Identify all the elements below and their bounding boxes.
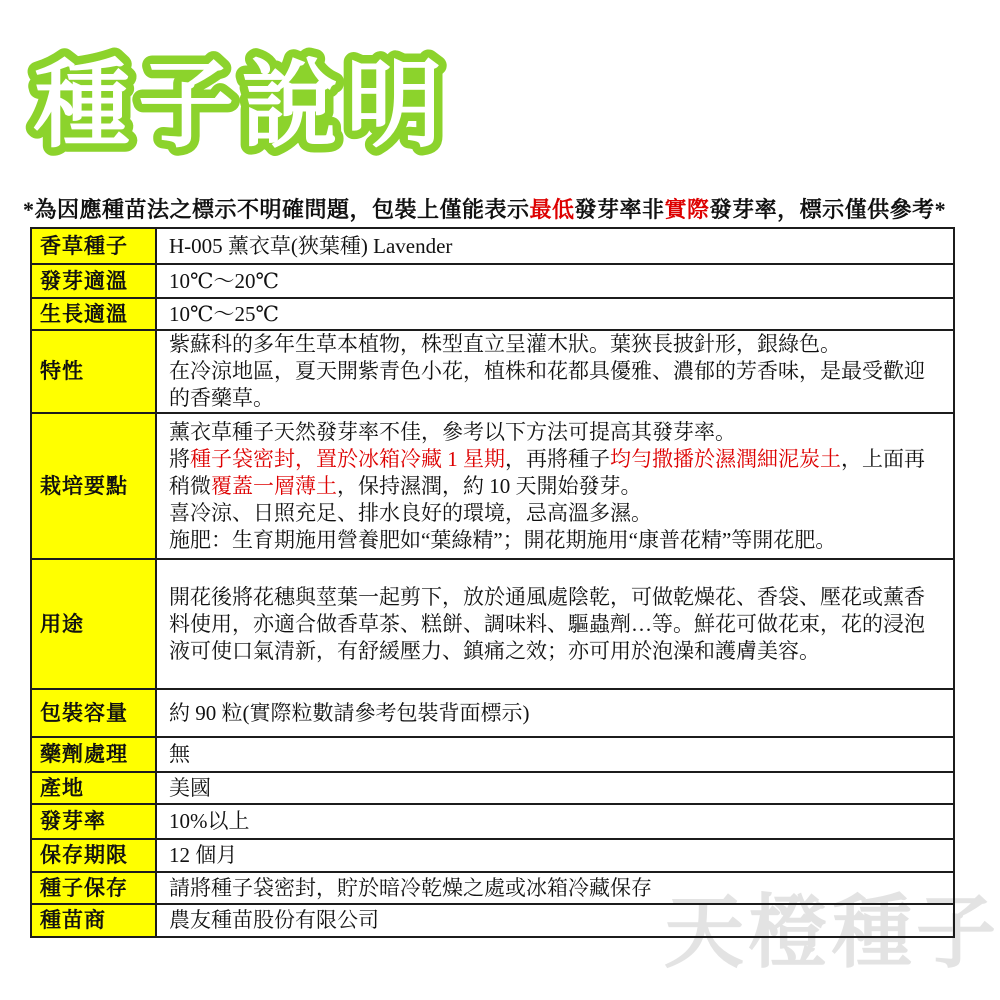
- row-label: 栽培要點: [31, 413, 156, 559]
- row-label: 發芽適溫: [31, 264, 156, 298]
- cultivation-paragraph: 將種子袋密封，置於冰箱冷藏 1 星期，再將種子均勻撒播於濕潤細泥炭土，上面再稍微…: [169, 446, 945, 500]
- text-segment-red: 種子袋密封，置於冰箱冷藏 1 星期: [190, 447, 505, 471]
- table-row-shelf-life: 保存期限 12 個月: [31, 839, 954, 872]
- row-value: 約 90 粒(實際粒數請參考包裝背面標示): [156, 689, 954, 737]
- row-value: 12 個月: [156, 839, 954, 872]
- table-row-germination-rate: 發芽率 10%以上: [31, 804, 954, 839]
- row-value: 請將種子袋密封，貯於暗冷乾燥之處或冰箱冷藏保存: [156, 872, 954, 904]
- table-row-chemical-treatment: 藥劑處理 無: [31, 737, 954, 772]
- row-label: 藥劑處理: [31, 737, 156, 772]
- row-value: 紫蘇科的多年生草本植物，株型直立呈灌木狀。葉狹長披針形，銀綠色。 在冷涼地區，夏…: [156, 330, 954, 413]
- table-row-cultivation-points: 栽培要點 薰衣草種子天然發芽率不佳，參考以下方法可提高其發芽率。 將種子袋密封，…: [31, 413, 954, 559]
- disclaimer-highlight-minimum: 最低: [530, 197, 575, 222]
- row-label: 用途: [31, 559, 156, 689]
- page-title-text: 種子說明: [33, 49, 450, 161]
- characteristics-line: 在冷涼地區，夏天開紫青色小花，植株和花都具優雅、濃郁的芳香味，是最受歡迎的香藥草…: [169, 358, 945, 412]
- row-value: H-005 薰衣草(狹葉種) Lavender: [156, 228, 954, 264]
- text-segment: ，保持濕潤，約 10 天開始發芽。: [337, 474, 642, 498]
- text-segment: 將: [169, 447, 190, 471]
- cultivation-paragraph: 施肥：生育期施用營養肥如“葉綠精”；開花期施用“康普花精”等開花肥。: [169, 527, 945, 554]
- row-label: 產地: [31, 772, 156, 804]
- row-label: 特性: [31, 330, 156, 413]
- row-label: 香草種子: [31, 228, 156, 264]
- table-row-seed-company: 種苗商 農友種苗股份有限公司: [31, 904, 954, 937]
- cultivation-paragraph: 薰衣草種子天然發芽率不佳，參考以下方法可提高其發芽率。: [169, 419, 945, 446]
- table-row-characteristics: 特性 紫蘇科的多年生草本植物，株型直立呈灌木狀。葉狹長披針形，銀綠色。 在冷涼地…: [31, 330, 954, 413]
- disclaimer-segment: *為因應種苗法之標示不明確問題，包裝上僅能表示: [23, 197, 530, 222]
- text-segment-red: 均勻撒播於濕潤細泥炭土: [610, 447, 841, 471]
- disclaimer-line: *為因應種苗法之標示不明確問題，包裝上僅能表示最低發芽率非實際發芽率，標示僅供參…: [23, 193, 978, 224]
- seed-info-table: 香草種子 H-005 薰衣草(狹葉種) Lavender 發芽適溫 10℃～20…: [30, 227, 955, 938]
- table-row-package-quantity: 包裝容量 約 90 粒(實際粒數請參考包裝背面標示): [31, 689, 954, 737]
- table-row-growth-temp: 生長適溫 10℃～25℃: [31, 298, 954, 330]
- row-label: 種苗商: [31, 904, 156, 937]
- page-title: 種子說明: [22, 30, 462, 175]
- row-value: 薰衣草種子天然發芽率不佳，參考以下方法可提高其發芽率。 將種子袋密封，置於冰箱冷…: [156, 413, 954, 559]
- seed-description-page: { "page": { "title": "種子說明", "watermark"…: [0, 0, 1000, 1000]
- row-value: 開花後將花穗與莖葉一起剪下，放於通風處陰乾，可做乾燥花、香袋、壓花或薰香料使用，…: [156, 559, 954, 689]
- row-label: 生長適溫: [31, 298, 156, 330]
- table-row-origin: 產地 美國: [31, 772, 954, 804]
- disclaimer-highlight-actual: 實際: [665, 197, 710, 222]
- table-row-uses: 用途 開花後將花穗與莖葉一起剪下，放於通風處陰乾，可做乾燥花、香袋、壓花或薰香料…: [31, 559, 954, 689]
- text-segment-red: 覆蓋一層薄土: [211, 474, 337, 498]
- table-row-herb-seed: 香草種子 H-005 薰衣草(狹葉種) Lavender: [31, 228, 954, 264]
- table-row-seed-storage: 種子保存 請將種子袋密封，貯於暗冷乾燥之處或冰箱冷藏保存: [31, 872, 954, 904]
- row-value: 10℃～25℃: [156, 298, 954, 330]
- row-value: 10%以上: [156, 804, 954, 839]
- row-label: 種子保存: [31, 872, 156, 904]
- row-value: 10℃～20℃: [156, 264, 954, 298]
- row-value: 農友種苗股份有限公司: [156, 904, 954, 937]
- disclaimer-segment: 發芽率非: [575, 197, 665, 222]
- title-bubble-art: 種子說明: [22, 30, 462, 175]
- text-segment: ，再將種子: [505, 447, 610, 471]
- row-value: 無: [156, 737, 954, 772]
- table-row-germination-temp: 發芽適溫 10℃～20℃: [31, 264, 954, 298]
- characteristics-line: 紫蘇科的多年生草本植物，株型直立呈灌木狀。葉狹長披針形，銀綠色。: [169, 331, 945, 358]
- row-label: 發芽率: [31, 804, 156, 839]
- row-label: 包裝容量: [31, 689, 156, 737]
- row-value: 美國: [156, 772, 954, 804]
- disclaimer-segment: 發芽率，標示僅供參考*: [710, 197, 947, 222]
- cultivation-paragraph: 喜冷涼、日照充足、排水良好的環境，忌高溫多濕。: [169, 500, 945, 527]
- row-label: 保存期限: [31, 839, 156, 872]
